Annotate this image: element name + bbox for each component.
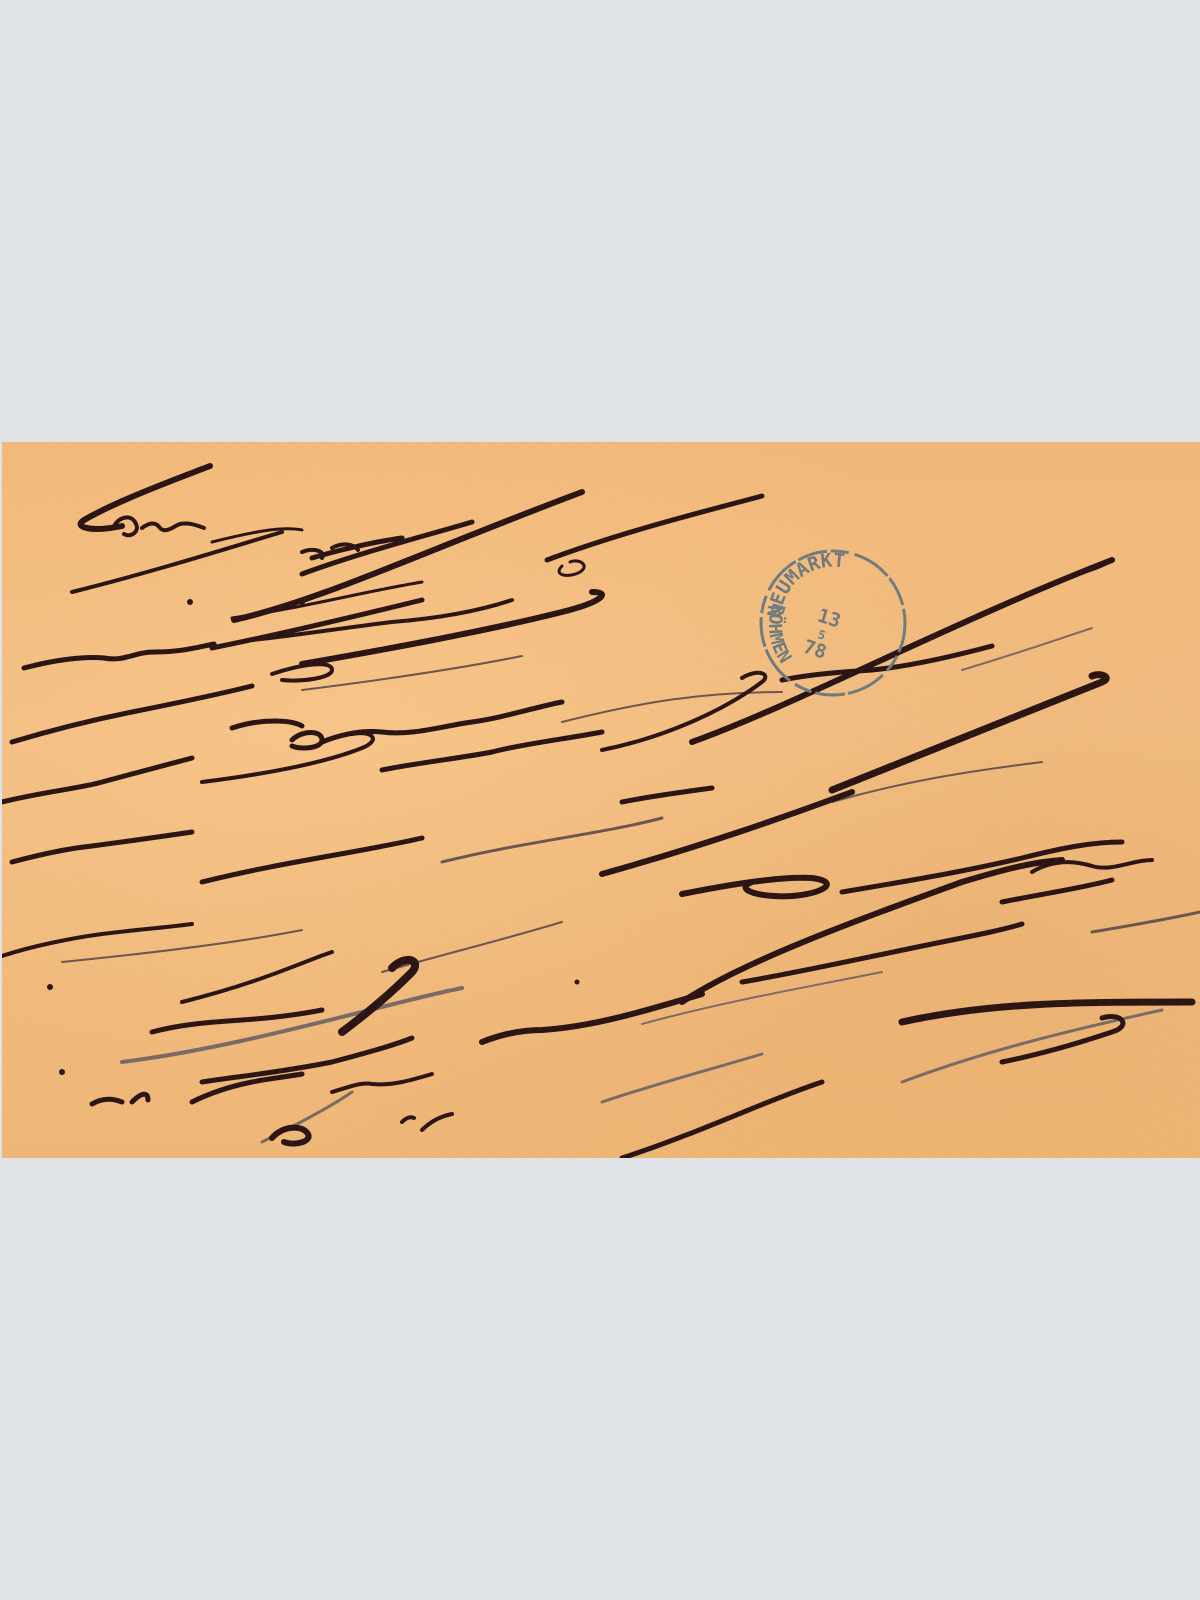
postmark-stamp: NEUMARKT BÖHMEN 13 5 78 <box>756 546 910 700</box>
postmark-year: 78 <box>801 636 830 664</box>
postmark-region: BÖHMEN <box>756 600 809 671</box>
handwriting <box>2 442 1200 1158</box>
postcard-photo: NEUMARKT BÖHMEN 13 5 78 Photograph of a … <box>2 442 1200 1158</box>
page: NEUMARKT BÖHMEN 13 5 78 Photograph of a … <box>0 0 1200 1600</box>
